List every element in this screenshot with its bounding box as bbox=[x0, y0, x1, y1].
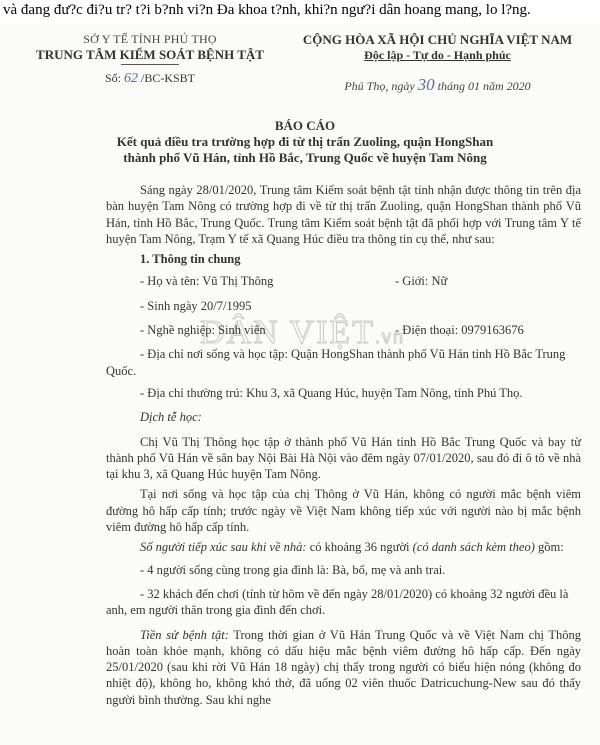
section-heading: 1. Thông tin chung bbox=[140, 251, 581, 267]
report-body: Sáng ngày 28/01/2020, Trung tâm Kiểm soá… bbox=[106, 182, 581, 712]
report-title: BÁO CÁO Kết quả điều tra trường hợp đi t… bbox=[80, 118, 530, 166]
contact-item-1: - 4 người sống cùng trong gia đình là: B… bbox=[140, 562, 581, 578]
divider bbox=[121, 64, 179, 65]
date-prefix: Phú Thọ, ngày bbox=[344, 79, 414, 93]
dob-field: - Sinh ngày 20/7/1995 bbox=[140, 298, 581, 314]
phone-field: - Điện thoại: 0979163676 bbox=[395, 322, 524, 338]
number-handwritten: 62 bbox=[124, 71, 138, 86]
scanned-document: SỞ Y TẾ TỈNH PHÚ THỌ TRUNG TÂM KIỂM SOÁT… bbox=[0, 24, 600, 745]
date-day: 30 bbox=[418, 75, 435, 94]
date-suffix: tháng 01 năm 2020 bbox=[438, 79, 531, 93]
history-paragraph: Tiền sử bệnh tật: Trong thời gian ở Vũ H… bbox=[106, 627, 581, 708]
contacts-text: có khoảng 36 người bbox=[307, 540, 413, 554]
name-field: - Họ và tên: Vũ Thị Thông bbox=[140, 273, 395, 289]
title-line-2: thành phố Vũ Hán, tỉnh Hồ Bắc, Trung Quố… bbox=[80, 150, 530, 166]
info-row: - Nghề nghiệp: Sinh viên - Điện thoại: 0… bbox=[140, 322, 581, 338]
caption-line: và đang đư?c đi?u tr? t?i b?nh vi?n Đa k… bbox=[3, 2, 531, 19]
unit-name: TRUNG TÂM KIỂM SOÁT BỆNH TẬT bbox=[30, 47, 270, 63]
study-address: - Địa chỉ nơi sống và học tập: Quận Hong… bbox=[106, 346, 581, 379]
gender-field: - Giới: Nữ bbox=[395, 273, 447, 289]
title-line-1: Kết quả điều tra trường hợp đi từ thị tr… bbox=[80, 134, 530, 150]
contacts-end: gồm: bbox=[535, 540, 564, 554]
header-left: SỞ Y TẾ TỈNH PHÚ THỌ TRUNG TÂM KIỂM SOÁT… bbox=[30, 32, 270, 87]
header-right: CỘNG HÒA XÃ HỘI CHỦ NGHĨA VIỆT NAM Độc l… bbox=[280, 32, 595, 95]
document-date: Phú Thọ, ngày 30 tháng 01 năm 2020 bbox=[280, 75, 595, 95]
contacts-label: Số người tiếp xúc sau khi về nhà: bbox=[140, 540, 307, 554]
history-label: Tiền sử bệnh tật: bbox=[140, 628, 229, 642]
epidemiology-label: Dịch tễ học: bbox=[140, 409, 581, 425]
contact-item-2: - 32 khách đến chơi (tính từ hôm về đến … bbox=[106, 586, 581, 619]
number-prefix: Số: bbox=[105, 71, 121, 85]
agency-name: SỞ Y TẾ TỈNH PHÚ THỌ bbox=[30, 32, 270, 47]
contacts-paragraph: Số người tiếp xúc sau khi về nhà: có kho… bbox=[106, 539, 581, 555]
document-number: Số: 62 /BC-KSBT bbox=[30, 71, 270, 87]
number-suffix: /BC-KSBT bbox=[141, 71, 195, 85]
contacts-note: (có danh sách kèm theo) bbox=[413, 540, 535, 554]
info-row: - Họ và tên: Vũ Thị Thông - Giới: Nữ bbox=[140, 273, 581, 289]
job-field: - Nghề nghiệp: Sinh viên bbox=[140, 322, 395, 338]
epidemiology-p2: Tại nơi sống và học tập của chị Thông ở … bbox=[106, 486, 581, 535]
intro-paragraph: Sáng ngày 28/01/2020, Trung tâm Kiểm soá… bbox=[106, 182, 581, 247]
title-heading: BÁO CÁO bbox=[80, 118, 530, 134]
permanent-address: - Địa chỉ thường trú: Khu 3, xã Quang Hú… bbox=[140, 385, 581, 401]
motto: Độc lập - Tự do - Hạnh phúc bbox=[280, 48, 595, 63]
epidemiology-p1: Chị Vũ Thị Thông học tập ở thành phố Vũ … bbox=[106, 434, 581, 483]
nation-title: CỘNG HÒA XÃ HỘI CHỦ NGHĨA VIỆT NAM bbox=[280, 32, 595, 48]
